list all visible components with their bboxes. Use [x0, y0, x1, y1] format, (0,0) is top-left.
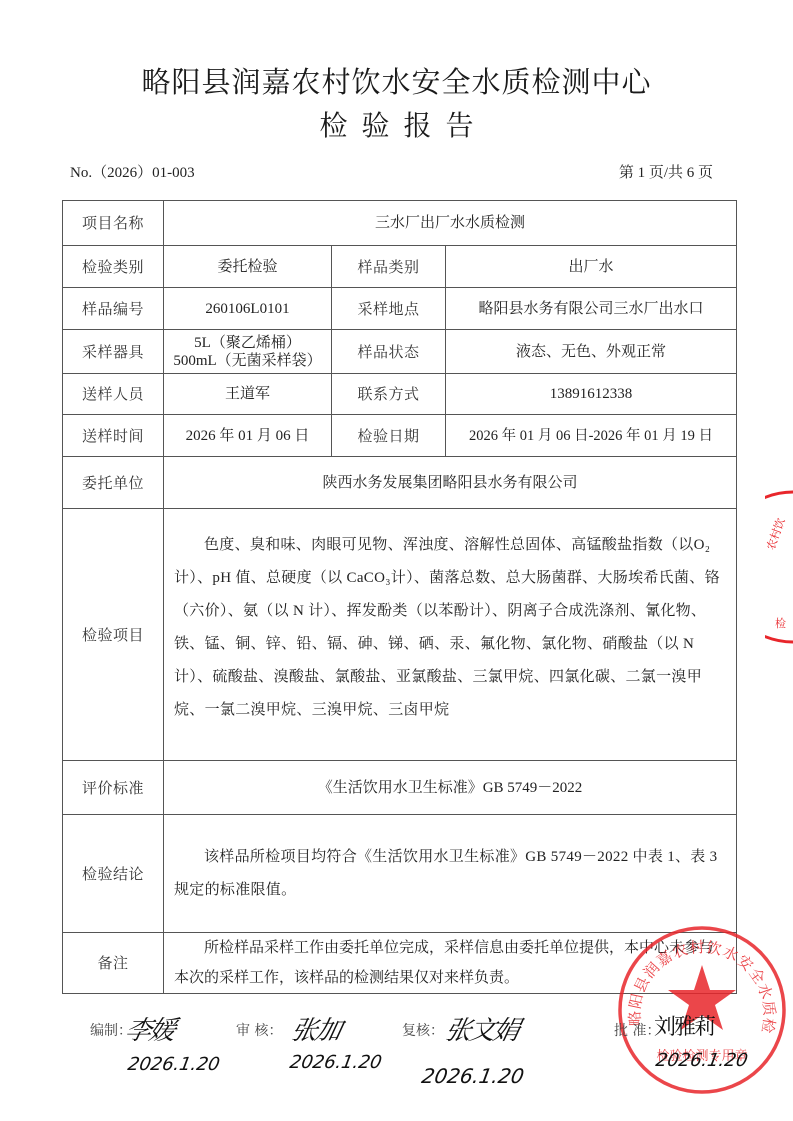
container-line-2: 500mL（无菌采样袋） — [170, 352, 325, 370]
value-client: 陕西水务发展集团略阳县水务有限公司 — [164, 457, 737, 509]
label-sample-state: 样品状态 — [332, 330, 446, 374]
row-standard: 评价标准 《生活饮用水卫生标准》GB 5749－2022 — [63, 761, 737, 815]
value-sample-no: 260106L0101 — [164, 288, 332, 330]
value-sample-type: 出厂水 — [446, 246, 737, 288]
signature-name: 李媛 — [122, 1010, 178, 1047]
row-remarks: 备注 所检样品采样工作由委托单位完成，采样信息由委托单位提供，本中心未参与本次的… — [63, 933, 737, 994]
value-inspection-date: 2026 年 01 月 06 日-2026 年 01 月 19 日 — [446, 415, 737, 457]
value-items: 色度、臭和味、肉眼可见物、浑浊度、溶解性总固体、高锰酸盐指数（以O₂计）、pH … — [164, 509, 737, 761]
report-number: No.（2026）01-003 — [70, 161, 195, 182]
row-inspection-type: 检验类别 委托检验 样品类别 出厂水 — [63, 246, 737, 288]
doc-title: 检验报告 — [0, 104, 793, 144]
value-sampling-container: 5L（聚乙烯桶） 500mL（无菌采样袋） — [164, 330, 332, 374]
signature-date: 2026.1.20 — [126, 1054, 221, 1075]
label-sampling-location: 采样地点 — [332, 288, 446, 330]
value-inspection-type: 委托检验 — [164, 246, 332, 288]
svg-text:检: 检 — [775, 616, 786, 630]
signature-reviewer: 审 核： 张加 2026.1.20 — [236, 1020, 282, 1040]
signature-date: 2026.1.20 — [654, 1050, 749, 1071]
value-remarks: 所检样品采样工作由委托单位完成，采样信息由委托单位提供，本中心未参与本次的采样工… — [164, 933, 737, 994]
report-table: 项目名称 三水厂出厂水水质检测 检验类别 委托检验 样品类别 出厂水 样品编号 … — [62, 200, 737, 994]
value-conclusion: 该样品所检项目均符合《生活饮用水卫生标准》GB 5749－2022 中表 1、表… — [164, 815, 737, 933]
signature-name: 张加 — [288, 1010, 344, 1047]
org-title: 略阳县润嘉农村饮水安全水质检测中心 — [0, 60, 793, 101]
row-project-name: 项目名称 三水厂出厂水水质检测 — [63, 201, 737, 246]
label-sample-no: 样品编号 — [63, 288, 164, 330]
signature-rechecker: 复核： 张文娟 2026.1.20 — [402, 1020, 444, 1040]
row-sampling-container: 采样器具 5L（聚乙烯桶） 500mL（无菌采样袋） 样品状态 液态、无色、外观… — [63, 330, 737, 374]
signature-date: 2026.1.20 — [420, 1064, 526, 1088]
signature-block: 编制： 李媛 2026.1.20 审 核： 张加 2026.1.20 复核： 张… — [0, 1010, 793, 1110]
role-label: 审 核： — [236, 1023, 282, 1039]
label-items: 检验项目 — [63, 509, 164, 761]
label-send-time: 送样时间 — [63, 415, 164, 457]
label-sampling-container: 采样器具 — [63, 330, 164, 374]
label-contact: 联系方式 — [332, 374, 446, 415]
row-items: 检验项目 色度、臭和味、肉眼可见物、浑浊度、溶解性总固体、高锰酸盐指数（以O₂计… — [63, 509, 737, 761]
seam-seal-icon: 农村饮 检 — [765, 487, 793, 647]
label-remarks: 备注 — [63, 933, 164, 994]
remarks-text: 所检样品采样工作由委托单位完成，采样信息由委托单位提供，本中心未参与本次的采样工… — [174, 940, 714, 986]
value-sample-state: 液态、无色、外观正常 — [446, 330, 737, 374]
signature-date: 2026.1.20 — [288, 1052, 383, 1073]
value-contact: 13891612338 — [446, 374, 737, 415]
role-label: 复核： — [402, 1023, 444, 1039]
label-conclusion: 检验结论 — [63, 815, 164, 933]
label-inspection-type: 检验类别 — [63, 246, 164, 288]
conclusion-text: 该样品所检项目均符合《生活饮用水卫生标准》GB 5749－2022 中表 1、表… — [174, 849, 717, 898]
row-client: 委托单位 陕西水务发展集团略阳县水务有限公司 — [63, 457, 737, 509]
row-send-time: 送样时间 2026 年 01 月 06 日 检验日期 2026 年 01 月 0… — [63, 415, 737, 457]
value-sampling-location: 略阳县水务有限公司三水厂出水口 — [446, 288, 737, 330]
value-standard: 《生活饮用水卫生标准》GB 5749－2022 — [164, 761, 737, 815]
label-standard: 评价标准 — [63, 761, 164, 815]
page-info: 第 1 页/共 6 页 — [619, 161, 713, 182]
label-project-name: 项目名称 — [63, 201, 164, 246]
container-line-1: 5L（聚乙烯桶） — [170, 334, 325, 352]
row-sender: 送样人员 王道军 联系方式 13891612338 — [63, 374, 737, 415]
signature-compiler: 编制： 李媛 2026.1.20 — [90, 1020, 132, 1040]
value-project-name: 三水厂出厂水水质检测 — [164, 201, 737, 246]
signature-name: 刘雅莉 — [654, 1010, 714, 1041]
row-conclusion: 检验结论 该样品所检项目均符合《生活饮用水卫生标准》GB 5749－2022 中… — [63, 815, 737, 933]
signature-name: 张文娟 — [442, 1010, 522, 1047]
svg-text:农村饮: 农村饮 — [765, 516, 788, 552]
label-inspection-date: 检验日期 — [332, 415, 446, 457]
label-sample-type: 样品类别 — [332, 246, 446, 288]
label-sender: 送样人员 — [63, 374, 164, 415]
signature-approver: 批 准： 刘雅莉 2026.1.20 — [614, 1020, 660, 1040]
value-send-time: 2026 年 01 月 06 日 — [164, 415, 332, 457]
items-text: 色度、臭和味、肉眼可见物、浑浊度、溶解性总固体、高锰酸盐指数（以O₂计）、pH … — [174, 537, 720, 718]
row-sample-no: 样品编号 260106L0101 采样地点 略阳县水务有限公司三水厂出水口 — [63, 288, 737, 330]
value-sender: 王道军 — [164, 374, 332, 415]
label-client: 委托单位 — [63, 457, 164, 509]
